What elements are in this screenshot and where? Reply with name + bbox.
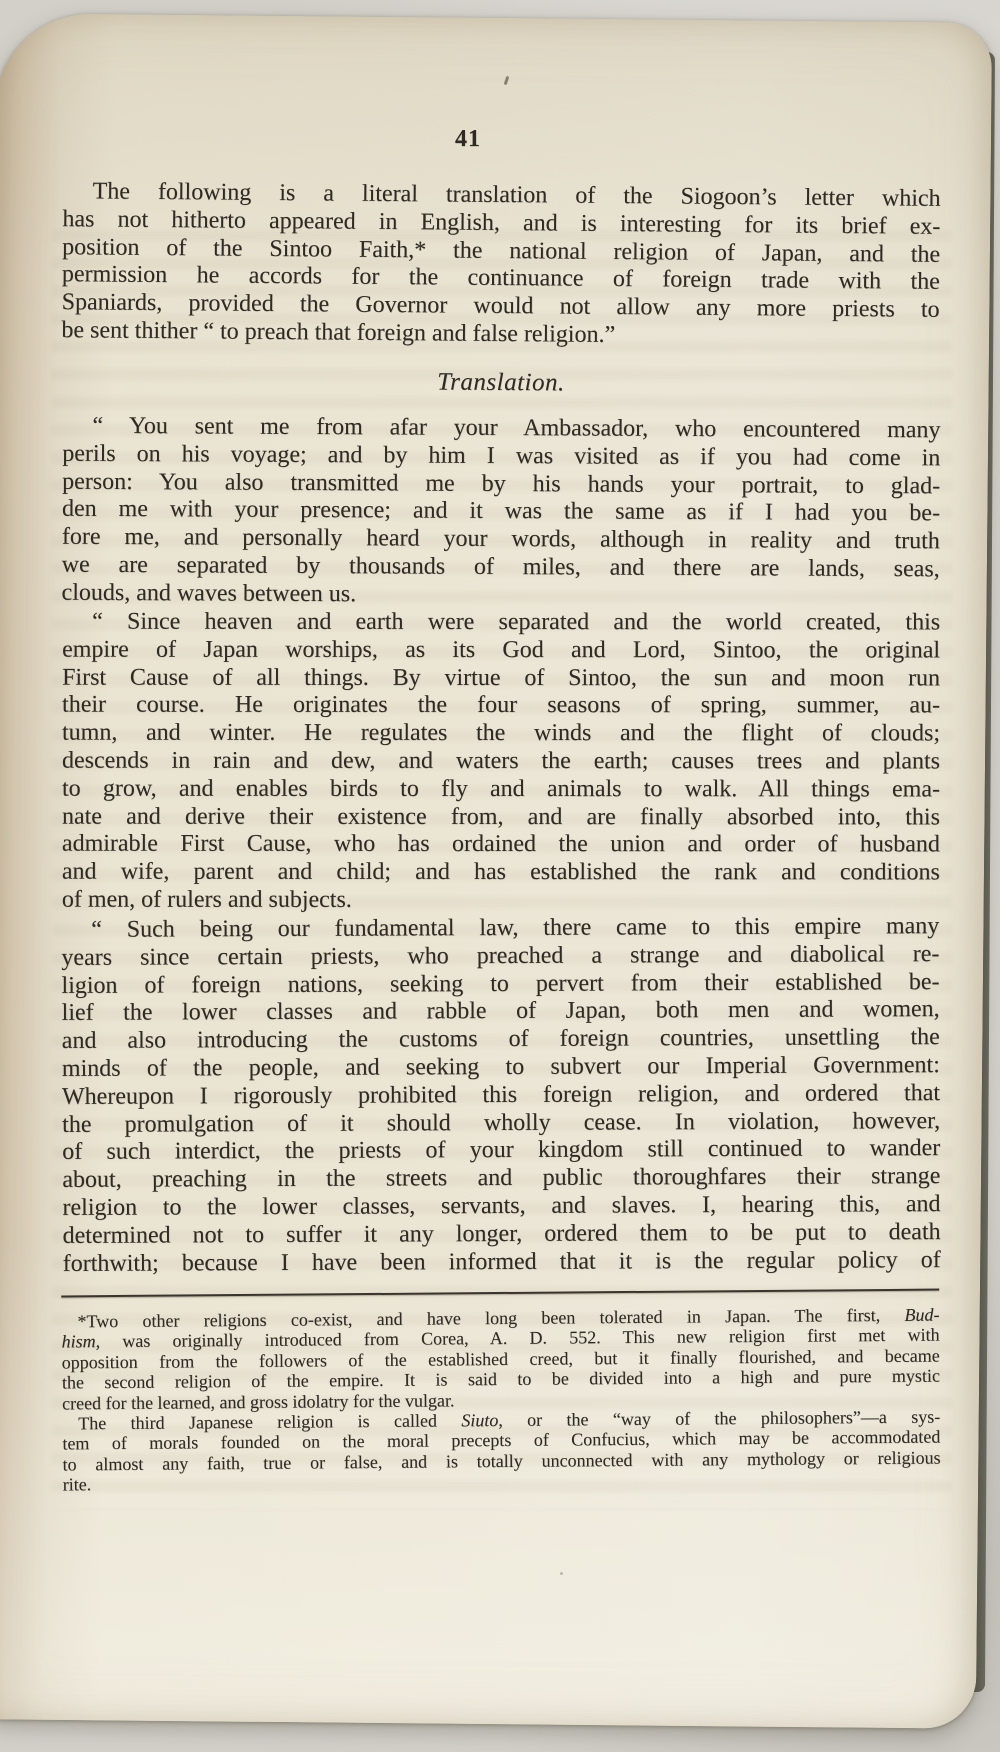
letter-paragraph-2: “ Since heaven and earth were separated …	[62, 609, 940, 916]
text-line: descends in rain and dew, and waters the…	[62, 748, 940, 777]
page-number: 41	[62, 126, 874, 153]
text-line: person: You also transmitted me by his h…	[62, 468, 940, 500]
text-line: clouds, and waves between us.	[61, 579, 939, 611]
text-line: religion to the lower classes, servants,…	[62, 1191, 940, 1223]
text-line: to grow, and enables birds to fly and an…	[62, 776, 940, 805]
text-line: “ You sent me from afar your Ambassador,…	[62, 412, 940, 444]
text-line: determined not to suffer it any longer, …	[63, 1219, 941, 1251]
text-line: minds of the people, and seeking to subv…	[62, 1052, 940, 1084]
section-heading-translation: Translation.	[62, 366, 940, 400]
text-line: fore me, and personally heard your words…	[62, 523, 940, 555]
intro-paragraph: The following is a literal translation o…	[61, 178, 940, 352]
footnote-paragraph-1: *Two other religions co-exist, and have …	[61, 1305, 940, 1414]
text-line: their course. He originates the four sea…	[62, 692, 940, 721]
text-line: we are separated by thousands of miles, …	[62, 551, 940, 583]
text-line: perils on his voyage; and by him I was v…	[62, 440, 940, 472]
text-line: “ Such being our fundamental law, there …	[61, 913, 939, 945]
text-line: lief the lower classes and rabble of Jap…	[62, 996, 940, 1028]
text-line: and wife, parent and child; and has esta…	[62, 859, 940, 888]
text-line: tumn, and winter. He regulates the winds…	[62, 720, 940, 749]
text-line: and also introducing the customs of fore…	[62, 1024, 940, 1056]
text-line: ligion of foreign nations, seeking to pe…	[61, 969, 939, 1001]
text-line: about, preaching in the streets and publ…	[62, 1163, 940, 1195]
letter-paragraph-1: “ You sent me from afar your Ambassador,…	[61, 412, 940, 611]
text-line: the promulgation of it should wholly cea…	[62, 1108, 940, 1140]
text-line: nate and derive their existence from, an…	[62, 803, 940, 832]
footnote-text: *Two other religions co-exist, and have …	[61, 1305, 940, 1496]
letter-paragraph-3: “ Such being our fundamental law, there …	[61, 913, 941, 1278]
text-line: admirable First Cause, who has ordained …	[62, 831, 940, 860]
footnote-area: *Two other religions co-exist, and have …	[61, 1289, 941, 1496]
text-line: of men, of rulers and subjects.	[62, 887, 940, 916]
footnote-paragraph-2: The third Japanese religion is called Si…	[62, 1407, 941, 1496]
text-line: den me with your presence; and it was th…	[62, 496, 940, 528]
paper-speck	[560, 1572, 563, 1575]
text-line: “ Since heaven and earth were separated …	[62, 609, 940, 638]
text-line: empire of Japan worships, as its God and…	[62, 637, 940, 666]
text-line: forthwith; because I have been informed …	[63, 1247, 941, 1279]
page-body-text: The following is a literal translation o…	[62, 182, 940, 1276]
book-photo: 41 The following is a literal translatio…	[0, 0, 1000, 1752]
text-line: of such interdict, the priests of your k…	[62, 1135, 940, 1167]
text-line: First Cause of all things. By virtue of …	[62, 664, 940, 693]
text-line: Whereupon I rigorously prohibited this f…	[62, 1080, 940, 1112]
text-line: years since certain priests, who preache…	[61, 941, 939, 973]
